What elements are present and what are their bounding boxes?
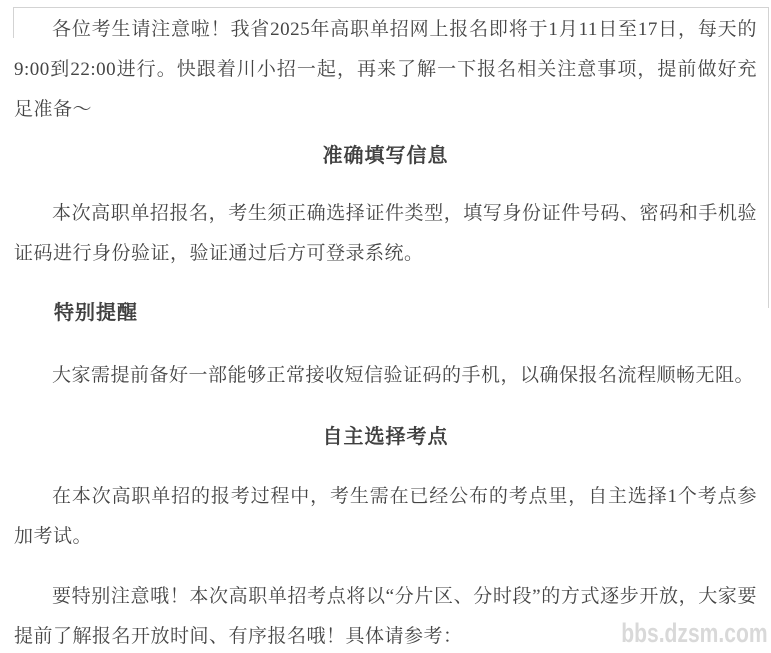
section-heading-fill-info: 准确填写信息 (14, 136, 757, 176)
article-page: 各位考生请注意啦！我省2025年高职单招网上报名即将于1月11日至17日，每天的… (0, 0, 771, 653)
article-body: 各位考生请注意啦！我省2025年高职单招网上报名即将于1月11日至17日，每天的… (0, 0, 771, 653)
intro-paragraph: 各位考生请注意啦！我省2025年高职单招网上报名即将于1月11日至17日，每天的… (14, 10, 757, 130)
special-reminder-paragraph: 大家需提前备好一部能够正常接收短信验证码的手机，以确保报名流程顺畅无阻。 (14, 356, 757, 396)
special-reminder-heading: 特别提醒 (14, 293, 757, 333)
fill-info-paragraph: 本次高职单招报名，考生须正确选择证件类型，填写身份证件号码、密码和手机验证码进行… (14, 194, 757, 274)
site-watermark: bbs.dzsm.com (622, 620, 768, 647)
section-heading-choose-site: 自主选择考点 (14, 417, 757, 457)
choose-site-paragraph-1: 在本次高职单招的报考过程中，考生需在已经公布的考点里，自主选择1个考点参加考试。 (14, 477, 757, 557)
